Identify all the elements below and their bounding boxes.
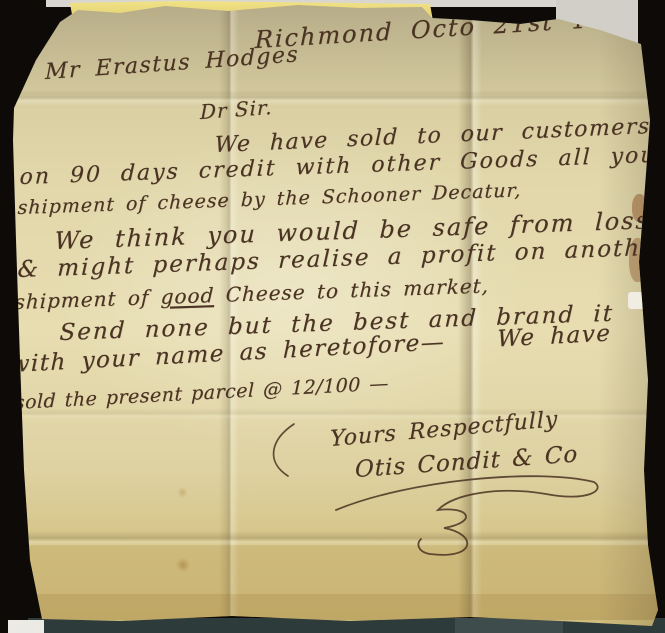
body-line-6-underlined-word: good: [160, 283, 214, 309]
horizontal-crease-top: [0, 90, 665, 106]
body-line-6-pre: shipment of: [14, 285, 161, 314]
paper-stain: [176, 558, 190, 572]
body-line-8b: We have: [497, 320, 612, 352]
letter-photograph: Richmond Octo 21st 1819 Mr Erastus Hodge…: [0, 0, 665, 633]
paper-stain-faint: [177, 487, 188, 498]
letter-paper: Richmond Octo 21st 1819 Mr Erastus Hodge…: [0, 0, 665, 633]
fold-shading-bottom-edge: [0, 594, 665, 620]
paper-edge-patch: [628, 292, 645, 309]
body-line-6-post: Cheese to this market,: [214, 273, 490, 307]
background-bottom-left-corner: [8, 620, 44, 633]
salutation: Dr Sir.: [200, 95, 273, 124]
signature-flourish: [258, 418, 618, 588]
